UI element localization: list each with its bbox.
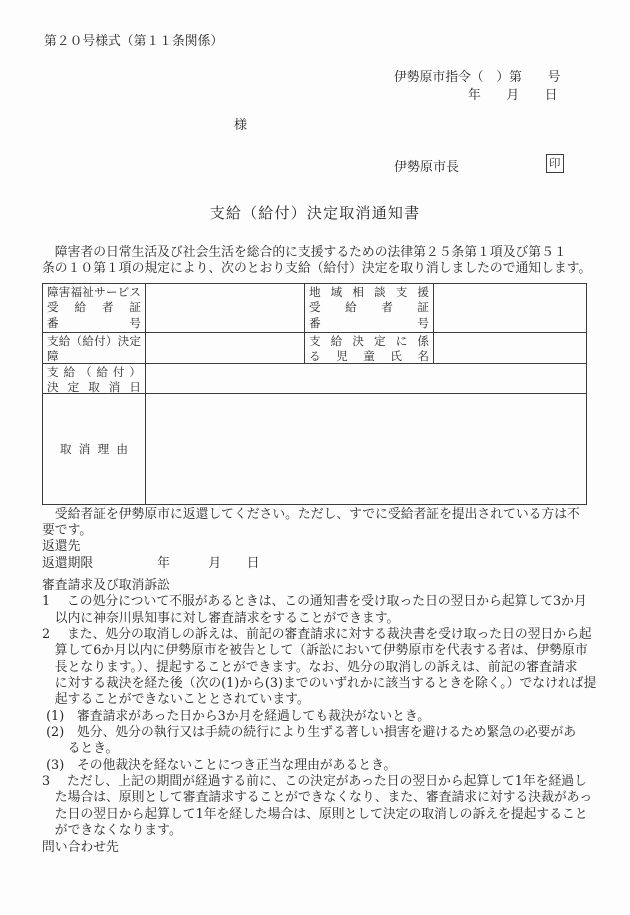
appeal-text-line: 算して6か月以内に伊勢原市を被告として（訴訟において伊勢原市を代表する者は、伊勢… (42, 643, 596, 659)
regional-support-cert-number-label: 地域相談支援 受給者証 番号 (305, 284, 434, 333)
appeal-text-line: 1 この処分について不服があるときは、この通知書を受け取った日の翌日から起算して… (42, 594, 596, 610)
appeal-text-line: 起することができないこととされています。 (42, 692, 596, 708)
return-note-line: 要です。 (42, 523, 580, 539)
document-title: 支給（給付）決定取消通知書 (0, 202, 630, 223)
intro-line: 条の１０第１項の規定により、次のとおり支給（給付）決定を取り消しましたので通知し… (42, 261, 591, 277)
appeal-text-line: (1) 審査請求があった日から3か月を経過しても裁決がないとき。 (42, 709, 596, 725)
recipient-honorific: 様 (234, 114, 247, 133)
child-name-value-cell (434, 333, 586, 364)
regional-support-cert-number-value-cell (434, 284, 586, 333)
appeal-text-line: (2) 処分、処分の執行又は手続の続行により生ずる著しい損害を避けるため緊急の必… (42, 725, 596, 741)
appeal-text-line: (3) その他裁決を経ないことにつき正当な理由があるとき。 (42, 758, 596, 774)
appeal-text-line: 長となります。）、提起することができます。なお、処分の取消しの訴えは、前記の審査… (42, 660, 596, 676)
cancel-reason-label: 取消理由 (43, 394, 146, 504)
cancel-date-value-cell (146, 364, 586, 394)
form-number: 第２０号様式（第１１条関係） (44, 30, 223, 49)
grantee-name-value-cell (146, 333, 305, 364)
return-note-line: 受給者証を伊勢原市に返還してください。ただし、すでに受給者証を提出されている方は… (42, 507, 580, 523)
appeal-text-line: 3 ただし、上記の期間が経過する前に、この決定があった日の翌日から起算して1年を… (42, 774, 596, 790)
appeal-text-line: た日の翌日から起算して1年を経した場合は、原則として決定の取消しの訴えを提起する… (42, 807, 596, 823)
appeal-notice-section: 審査請求及び取消訴訟 1 この処分について不服があるときは、この通知書を受け取っ… (42, 578, 596, 856)
appeal-text-line: 2 また、処分の取消しの訴えは、前記の審査請求に対する裁決書を受け取った日の翌日… (42, 627, 596, 643)
cancel-date-label: 支給（給付） 決定取消日 (43, 364, 146, 394)
return-deadline-line: 返還期限 年 月 日 (42, 556, 580, 572)
seal-label: 印 (549, 156, 561, 170)
service-cert-number-value-cell (146, 284, 305, 333)
cancel-reason-value-cell (146, 394, 586, 504)
return-section: 受給者証を伊勢原市に返還してください。ただし、すでに受給者証を提出されている方は… (42, 507, 580, 572)
intro-paragraph: 障害者の日常生活及び社会生活を総合的に支援するための法律第２５条第１項及び第５１… (42, 245, 591, 278)
issue-date-line: 年 月 日 (468, 84, 558, 103)
appeal-section-heading: 審査請求及び取消訴訟 (42, 578, 596, 594)
appeal-text-line: ができなくなります。 (42, 823, 596, 839)
notice-document-page: 第２０号様式（第１１条関係） 伊勢原市指令（ ）第 号 年 月 日 様 伊勢原市… (0, 0, 630, 915)
contact-label: 問い合わせ先 (42, 840, 596, 856)
intro-line: 障害者の日常生活及び社会生活を総合的に支援するための法律第２５条第１項及び第５１ (42, 245, 591, 261)
directive-number-line: 伊勢原市指令（ ）第 号 (394, 66, 560, 85)
service-cert-number-label: 障害福祉サービス 受給者証 番号 (43, 284, 146, 333)
decision-table: 障害福祉サービス 受給者証 番号 地域相談支援 受給者証 番号 支給（給付）決定… (42, 283, 587, 505)
child-name-label: 支給決定に係 る児童氏名 (305, 333, 434, 364)
appeal-text-line: に対する裁決を経た後（次の(1)から(3)までのいずれかに該当するときを除く。）… (42, 676, 596, 692)
seal-box: 印 (546, 154, 564, 173)
issuer-title: 伊勢原市長 (394, 156, 459, 175)
appeal-text-line: た場合は、原則として審査請求することができなくなり、また、審査請求に対する決裁が… (42, 790, 596, 806)
return-to-label: 返還先 (42, 539, 580, 555)
appeal-text-line: 以内に神奈川県知事に対し審査請求をすることができます。 (42, 611, 596, 627)
grantee-name-label: 支給（給付）決定障 害者（保護者）氏名 (43, 333, 146, 364)
appeal-text-line: るとき。 (42, 741, 596, 757)
